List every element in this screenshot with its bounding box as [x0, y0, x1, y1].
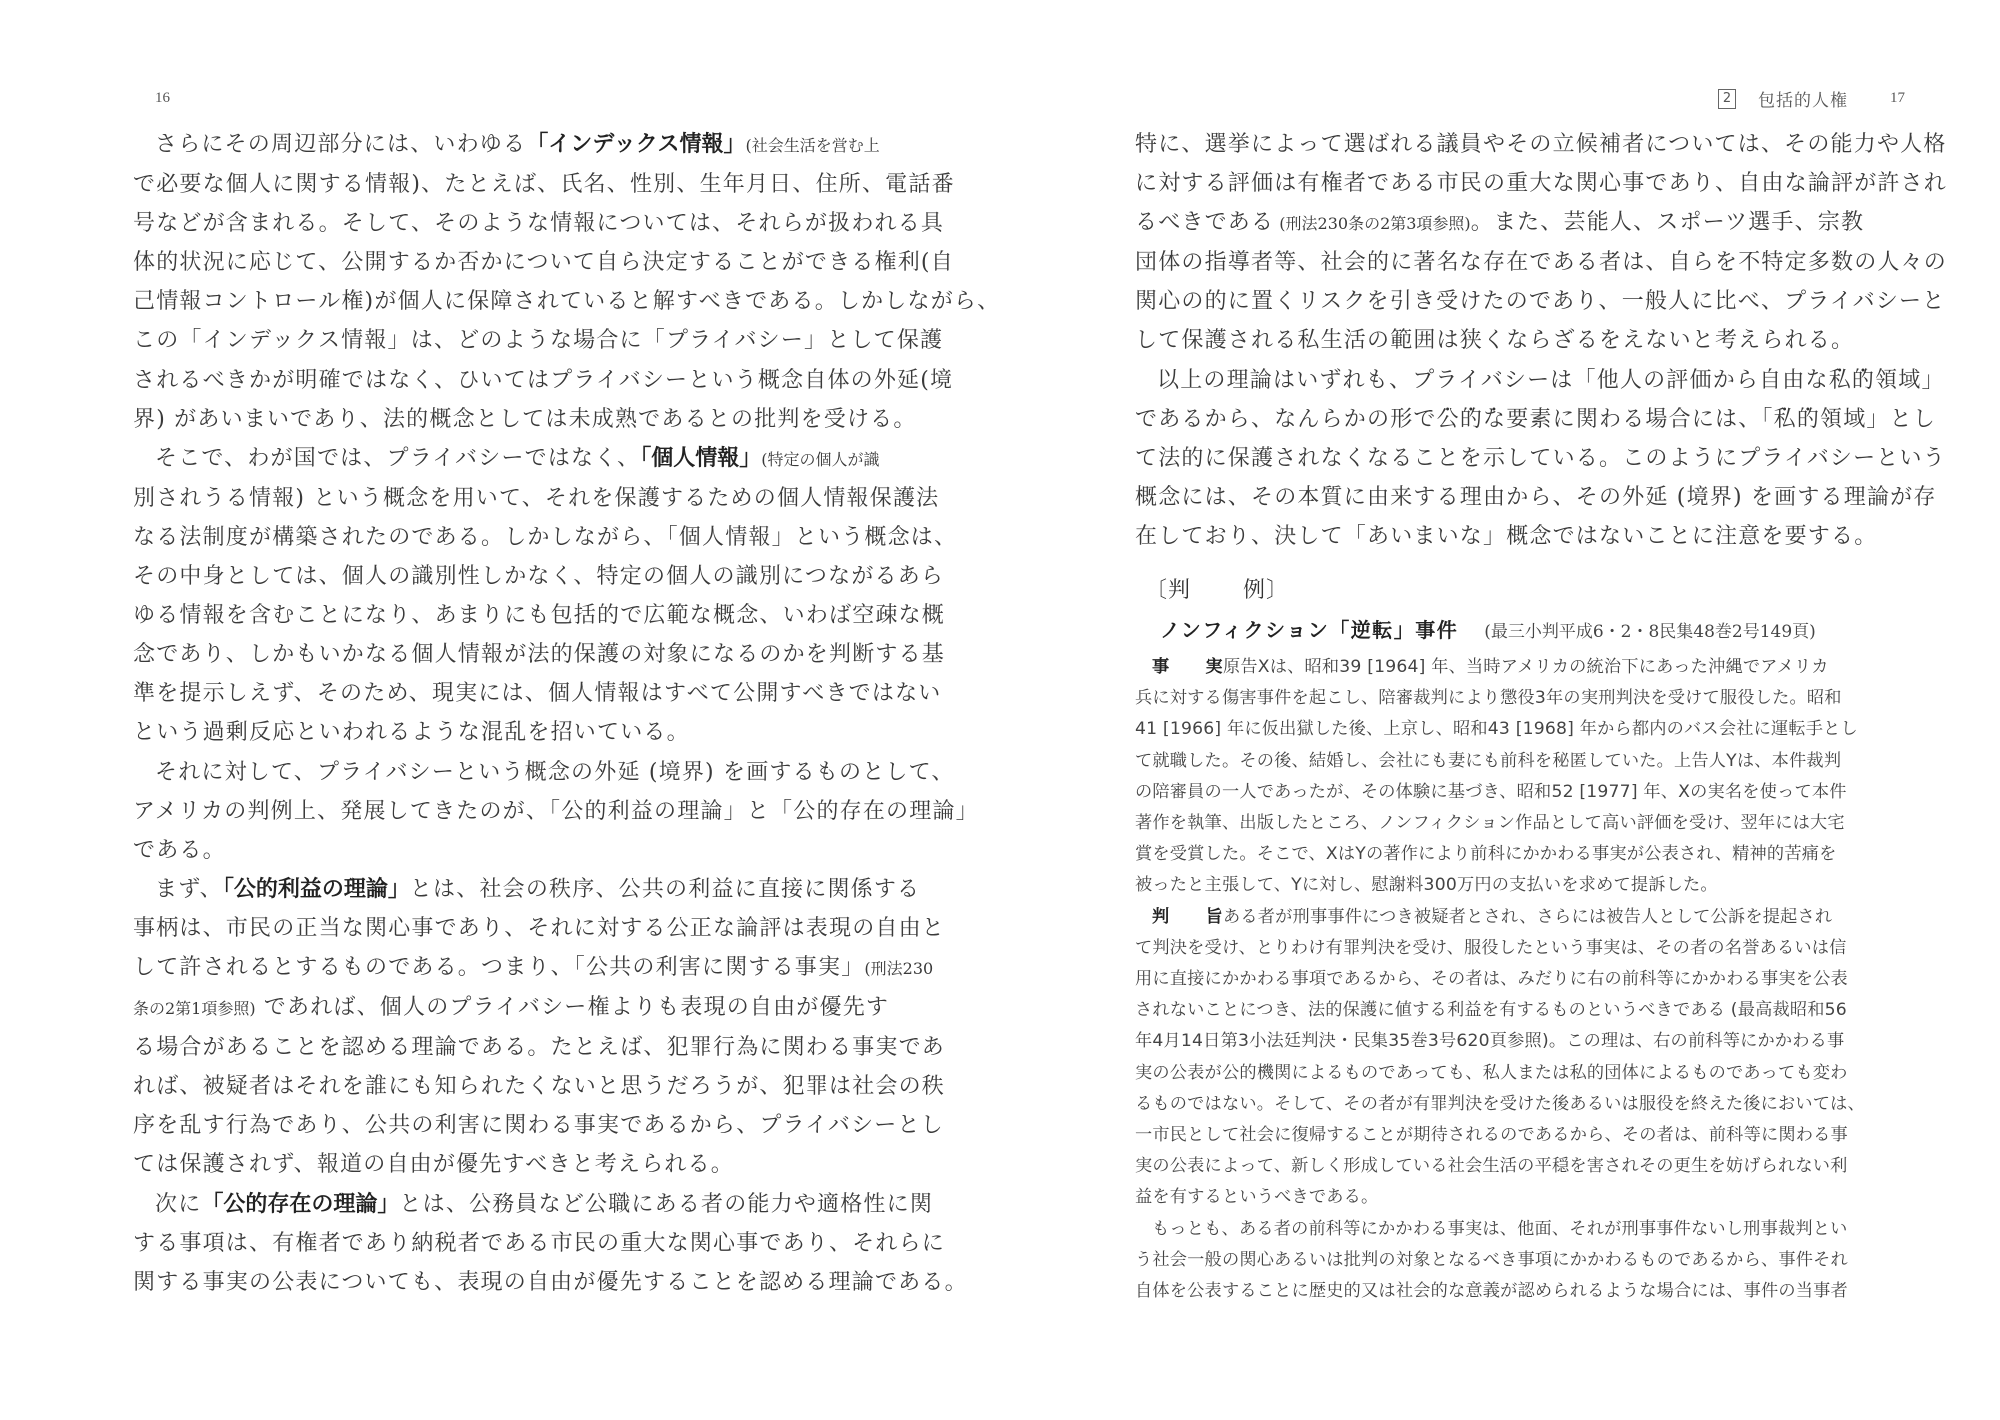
text-run: 年4月14日第3小法廷判決・民集35巻3号620頁参照)。この理は、右の前科等に…	[1135, 1031, 1844, 1051]
text-line: 号などが含まれる。そして、そのような情報については、それらが扱われる具	[133, 204, 923, 243]
chapter-number-box: 2	[1718, 89, 1736, 109]
text-run: 。また、芸能人、スポーツ選手、宗教	[1471, 210, 1865, 235]
text-run: 概念には、その本質に由来する理由から、その外延 (境界) を画する理論が存	[1135, 485, 1937, 510]
text-run: なる法制度が構築されたのである。しかしながら、「個人情報」という概念は、	[133, 525, 957, 550]
text-line: に対する評価は有権者である市民の重大な関心事であり、自由な論評が許され	[1135, 164, 1925, 203]
text-run: それに対して、プライバシーという概念の外延 (境界) を画するものとして、	[155, 760, 955, 785]
text-line: して保護される私生活の範囲は狭くならざるをえないと考えられる。	[1135, 321, 1925, 360]
emphasis-char: 的	[1852, 368, 1875, 393]
section-label: 事実	[1135, 652, 1223, 683]
section-label-char: 判	[1152, 907, 1169, 927]
running-head: 2 包括的人権 17	[1718, 86, 1905, 111]
holding-line: 一市民として社会に復帰することが期待されるのであるから、その者は、前科等に関わる…	[1135, 1120, 1965, 1151]
text-run: 関心の的に置くリスクを引き受けたのであり、一般人に比べ、プライバシーと	[1135, 289, 1945, 314]
text-run: る場合があることを認める理論である。たとえば、犯罪行為に関わる事実であ	[133, 1035, 945, 1060]
holding-line: て判決を受け、とりわけ有罪判決を受け、服役したという事実は、その者の名誉あるいは…	[1135, 933, 1965, 964]
emphasis-char: 的	[1460, 407, 1483, 432]
precedent-heading-close: 例〕	[1243, 578, 1289, 603]
emphasis-dotted: 私的	[1829, 368, 1875, 393]
text-line: 序を乱す行為であり、公共の利害に関わる事実であるから、プライバシーとし	[133, 1106, 923, 1145]
emphasis-char: 私	[1829, 368, 1852, 393]
text-line: ては保護されず、報道の自由が優先すべきと考えられる。	[133, 1145, 923, 1184]
holding-line: されないことにつき、法的保護に値する利益を有するものというべきである (最高裁昭…	[1135, 995, 1965, 1026]
text-run: るものではない。そして、その者が有罪判決を受けた後あるいは服役を終えた後において…	[1135, 1094, 1865, 1114]
text-run: 体的状況に応じて、公開するか否かについて自ら決定することができる権利(自	[133, 250, 954, 275]
text-run: もっとも、ある者の前科等にかかわる事実は、他面、それが刑事事件ないし刑事裁判とい	[1152, 1219, 1848, 1239]
text-run: して許されるとするものである。つまり、「公共の利害に関する事実」	[133, 955, 864, 980]
text-run: 益を有するというべきである。	[1135, 1187, 1378, 1207]
facts-line: の陪審員の一人であったが、その体験に基づき、昭和52 [1977] 年、Xの実名…	[1135, 777, 1965, 808]
facts-line: て就職した。その後、結婚し、会社にも妻にも前科を秘匿していた。上告人Yは、本件裁…	[1135, 746, 1965, 777]
text-line: する事項は、有権者であり納税者である市民の重大な関心事であり、それらに	[133, 1224, 923, 1263]
text-run: 別されうる情報) という概念を用いて、それを保護するための個人情報保護法	[133, 486, 939, 511]
text-line: この「インデックス情報」は、どのような場合に「プライバシー」として保護	[133, 321, 923, 360]
page-number: 17	[1890, 90, 1905, 107]
text-line: まず、「公的利益の理論」とは、社会の秩序、公共の利益に直接に関係する	[133, 870, 923, 909]
facts-line: 賞を受賞した。そこで、XはYの著作により前科にかかわる事実が公表され、精神的苦痛…	[1135, 839, 1965, 870]
text-line: それに対して、プライバシーという概念の外延 (境界) を画するものとして、	[133, 753, 923, 792]
text-line: る場合があることを認める理論である。たとえば、犯罪行為に関わる事実であ	[133, 1028, 923, 1067]
holding-line: 判旨ある者が刑事事件につき被疑者とされ、さらには被告人として公訴を提起され	[1135, 902, 1965, 933]
text-run: 41 [1966] 年に仮出獄した後、上京し、昭和43 [1968] 年から都内…	[1135, 719, 1858, 739]
facts-line: 著作を執筆、出版したところ、ノンフィクション作品として高い評価を受け、翌年には大…	[1135, 808, 1965, 839]
text-run: 界) があいまいであり、法的概念としては未成熟であるとの批判を受ける。	[133, 407, 917, 432]
text-line: 別されうる情報) という概念を用いて、それを保護するための個人情報保護法	[133, 479, 923, 518]
left-page: 16 さらにその周辺部分には、いわゆる「インデックス情報」(社会生活を営む上で必…	[0, 0, 1000, 1420]
text-line: て法的に保護されなくなることを示している。このようにプライバシーという	[1135, 439, 1925, 478]
text-line: で必要な個人に関する情報)、たとえば、氏名、性別、生年月日、住所、電話番	[133, 165, 923, 204]
text-run: ある者が刑事事件につき被疑者とされ、さらには被告人として公訴を提起され	[1223, 907, 1832, 927]
text-run: アメリカの判例上、発展してきたのが、「公的利益の理論」と「公的存在の理論」	[133, 799, 979, 824]
text-run: ては保護されず、報道の自由が優先すべきと考えられる。	[133, 1152, 734, 1177]
text-line: されるべきかが明確ではなく、ひいてはプライバシーという概念自体の外延(境	[133, 361, 923, 400]
text-line: 己情報コントロール権)が個人に保障されていると解すべきである。しかしながら、	[133, 282, 923, 321]
citation-text: 条の2第1項参照)	[133, 999, 256, 1018]
text-line: そこで、わが国では、プライバシーではなく、「個人情報」(特定の個人が識	[133, 439, 923, 479]
keyword-term: 「公的存在の理論」	[201, 1192, 399, 1217]
text-line: である。	[133, 831, 923, 870]
text-run: であるから、なんらかの形で	[1135, 407, 1437, 432]
text-run: の陪審員の一人であったが、その体験に基づき、昭和52 [1977] 年、Xの実名…	[1135, 782, 1847, 802]
text-run: れば、被疑者はそれを誰にも知られたくないと思うだろうが、犯罪は社会の秩	[133, 1074, 945, 1099]
left-body-text: さらにその周辺部分には、いわゆる「インデックス情報」(社会生活を営む上で必要な個…	[133, 125, 923, 1302]
text-run: て法的に保護されなくなることを示している。このようにプライバシーという	[1135, 446, 1946, 471]
text-run: 念であり、しかもいかなる個人情報が法的保護の対象になるのかを判断する基	[133, 642, 945, 667]
text-line: 団体の指導者等、社会的に著名な存在である者は、自らを不特定多数の人々の	[1135, 243, 1925, 282]
text-run: とは、社会の秩序、公共の利益に直接に関係する	[410, 877, 920, 902]
text-run: 賞を受賞した。そこで、XはYの著作により前科にかかわる事実が公表され、精神的苦痛…	[1135, 844, 1836, 864]
case-title: ノンフィクション「逆転」事件	[1160, 618, 1458, 642]
text-line: 界) があいまいであり、法的概念としては未成熟であるとの批判を受ける。	[133, 400, 923, 439]
text-run: 関する事実の公表についても、表現の自由が優先することを認める理論である。	[133, 1270, 968, 1295]
text-run: 事柄は、市民の正当な関心事であり、それに対する公正な論評は表現の自由と	[133, 916, 945, 941]
keyword-term: 「個人情報」	[640, 446, 761, 471]
text-run: その中身としては、個人の識別性しかなく、特定の個人の識別につながるあら	[133, 564, 944, 589]
text-run: この「インデックス情報」は、どのような場合に「プライバシー」として保護	[133, 328, 943, 353]
holding-line: 用に直接にかかわる事項であるから、その者は、みだりに右の前科等にかかわる事実を公…	[1135, 964, 1965, 995]
text-run: 特に、選挙によって選ばれる議員やその立候補者については、その能力や人格	[1135, 132, 1947, 157]
emphasis-char: 的	[1797, 407, 1820, 432]
citation-text: (刑法230条の2第3項参照)	[1274, 214, 1470, 233]
section-label-char: 事	[1152, 657, 1169, 677]
text-run: て判決を受け、とりわけ有罪判決を受け、服役したという事実は、その者の名誉あるいは…	[1135, 938, 1847, 958]
text-run: て就職した。その後、結婚し、会社にも妻にも前科を秘匿していた。上告人Yは、本件裁…	[1135, 751, 1841, 771]
text-line: して許されるとするものである。つまり、「公共の利害に関する事実」(刑法230	[133, 948, 923, 988]
text-run: 以上の理論はいずれも、プライバシーは「他人の評価から自由な	[1157, 368, 1829, 393]
citation-text: (社会生活を営む上	[746, 136, 880, 155]
text-line: 特に、選挙によって選ばれる議員やその立候補者については、その能力や人格	[1135, 125, 1925, 164]
section-label-char: 旨	[1205, 907, 1222, 927]
holding-continuation-line: う社会一般の関心あるいは批判の対象となるべき事項にかかわるものであるから、事件そ…	[1135, 1245, 1965, 1276]
keyword-term: 「インデックス情報」	[526, 132, 745, 157]
text-line: 念であり、しかもいかなる個人情報が法的保護の対象になるのかを判断する基	[133, 635, 923, 674]
precedent-heading-open: 〔判	[1145, 578, 1191, 603]
text-line: れば、被疑者はそれを誰にも知られたくないと思うだろうが、犯罪は社会の秩	[133, 1067, 923, 1106]
facts-line: 事実原告Xは、昭和39 [1964] 年、当時アメリカの統治下にあった沖縄でアメ…	[1135, 652, 1965, 683]
text-line: さらにその周辺部分には、いわゆる「インデックス情報」(社会生活を営む上	[133, 125, 923, 165]
text-run: そこで、わが国では、プライバシーではなく、	[155, 446, 640, 471]
text-run: 著作を執筆、出版したところ、ノンフィクション作品として高い評価を受け、翌年には大…	[1135, 813, 1845, 833]
text-run: という過剰反応といわれるような混乱を招いている。	[133, 720, 690, 745]
facts-line: 被ったと主張して、Yに対し、慰謝料300万円の支払いを求めて提訴した。	[1135, 870, 1965, 901]
text-run: であれば、個人のプライバシー権よりも表現の自由が優先す	[256, 995, 890, 1020]
holding-continuation-line: 自体を公表することに歴史的又は社会的な意義が認められるような場合には、事件の当事…	[1135, 1276, 1965, 1307]
text-run: 兵に対する傷害事件を起こし、陪審裁判により懲役3年の実刑判決を受けて服役した。昭…	[1135, 688, 1842, 708]
text-run: ゆる情報を含むことになり、あまりにも包括的で広範な概念、いわば空疎な概	[133, 603, 945, 628]
text-run: されるべきかが明確ではなく、ひいてはプライバシーという概念自体の外延(境	[133, 368, 953, 393]
emphasis-char: 私	[1774, 407, 1797, 432]
section-label-char: 実	[1205, 657, 1222, 677]
section-label: 判旨	[1135, 902, 1223, 933]
text-run: さらにその周辺部分には、いわゆる	[155, 132, 526, 157]
text-run: 準を提示しえず、そのため、現実には、個人情報はすべて公開すべきではない	[133, 681, 941, 706]
text-line: 関心の的に置くリスクを引き受けたのであり、一般人に比べ、プライバシーと	[1135, 282, 1925, 321]
text-run: 団体の指導者等、社会的に著名な存在である者は、自らを不特定多数の人々の	[1135, 250, 1947, 275]
text-run: 領域」とし	[1820, 407, 1936, 432]
case-citation: (最三小判平成6・2・8民集48巻2号149頁)	[1484, 622, 1816, 642]
text-run: 要素に関わる場合には、「	[1506, 407, 1773, 432]
text-line: であるから、なんらかの形で公的な要素に関わる場合には、「私的領域」とし	[1135, 400, 1925, 439]
text-run: るべきである	[1135, 210, 1274, 235]
holding-continuation-line: もっとも、ある者の前科等にかかわる事実は、他面、それが刑事事件ないし刑事裁判とい	[1135, 1214, 1965, 1245]
text-line: 準を提示しえず、そのため、現実には、個人情報はすべて公開すべきではない	[133, 674, 923, 713]
text-line: 関する事実の公表についても、表現の自由が優先することを認める理論である。	[133, 1263, 923, 1302]
text-run: 己情報コントロール権)が個人に保障されていると解すべきである。しかしながら、	[133, 289, 1000, 314]
text-run: 被ったと主張して、Yに対し、慰謝料300万円の支払いを求めて提訴した。	[1135, 875, 1718, 895]
text-line: アメリカの判例上、発展してきたのが、「公的利益の理論」と「公的存在の理論」	[133, 792, 923, 831]
text-run: 領域」	[1875, 368, 1945, 393]
citation-text: (特定の個人が識	[761, 450, 879, 469]
text-run: されないことにつき、法的保護に値する利益を有するものというべきである (最高裁昭…	[1135, 1000, 1847, 1020]
text-run: 序を乱す行為であり、公共の利害に関わる事実であるから、プライバシーとし	[133, 1113, 944, 1138]
text-run: である。	[133, 838, 226, 863]
text-run: 自体を公表することに歴史的又は社会的な意義が認められるような場合には、事件の当事…	[1135, 1281, 1848, 1301]
precedent-heading: 〔判例〕	[1145, 573, 1289, 604]
facts-line: 41 [1966] 年に仮出獄した後、上京し、昭和43 [1968] 年から都内…	[1135, 714, 1965, 745]
holding-line: 実の公表によって、新しく形成している社会生活の平穏を害されその更生を妨げられない…	[1135, 1151, 1965, 1182]
text-line: ゆる情報を含むことになり、あまりにも包括的で広範な概念、いわば空疎な概	[133, 596, 923, 635]
holding-line: 益を有するというべきである。	[1135, 1182, 1965, 1213]
keyword-term: 「公的利益の理論」	[223, 877, 410, 902]
holding-line: 実の公表が公的機関によるものであっても、私人または私的団体によるものであっても変…	[1135, 1058, 1965, 1089]
text-run: 次に	[155, 1192, 201, 1217]
chapter-title: 包括的人権	[1758, 86, 1848, 111]
text-line: 次に「公的存在の理論」とは、公務員など公職にある者の能力や適格性に関	[133, 1185, 923, 1224]
citation-text: (刑法230	[864, 959, 933, 978]
holding-line: 年4月14日第3小法廷判決・民集35巻3号620頁参照)。この理は、右の前科等に…	[1135, 1026, 1965, 1057]
text-line: 体的状況に応じて、公開するか否かについて自ら決定することができる権利(自	[133, 243, 923, 282]
case-body: 事実原告Xは、昭和39 [1964] 年、当時アメリカの統治下にあった沖縄でアメ…	[1135, 652, 1965, 1307]
emphasis-char: な	[1483, 407, 1506, 432]
text-line: その中身としては、個人の識別性しかなく、特定の個人の識別につながるあら	[133, 557, 923, 596]
text-run: で必要な個人に関する情報)、たとえば、氏名、性別、生年月日、住所、電話番	[133, 172, 955, 197]
text-line: 事柄は、市民の正当な関心事であり、それに対する公正な論評は表現の自由と	[133, 909, 923, 948]
page-number: 16	[155, 90, 170, 107]
text-line: 条の2第1項参照) であれば、個人のプライバシー権よりも表現の自由が優先す	[133, 988, 923, 1028]
emphasis-dotted: 公的な	[1437, 407, 1507, 432]
text-run: 実の公表が公的機関によるものであっても、私人または私的団体によるものであっても変…	[1135, 1063, 1848, 1083]
holding-line: るものではない。そして、その者が有罪判決を受けた後あるいは服役を終えた後において…	[1135, 1089, 1965, 1120]
text-run: 号などが含まれる。そして、そのような情報については、それらが扱われる具	[133, 211, 944, 236]
text-run: に対する評価は有権者である市民の重大な関心事であり、自由な論評が許され	[1135, 171, 1947, 196]
text-run: して保護される私生活の範囲は狭くならざるをえないと考えられる。	[1135, 328, 1854, 353]
text-run: 原告Xは、昭和39 [1964] 年、当時アメリカの統治下にあった沖縄でアメリカ	[1223, 657, 1829, 677]
text-run: 一市民として社会に復帰することが期待されるのであるから、その者は、前科等に関わる…	[1135, 1125, 1848, 1145]
text-line: 概念には、その本質に由来する理由から、その外延 (境界) を画する理論が存	[1135, 478, 1925, 517]
right-body-text: 特に、選挙によって選ばれる議員やその立候補者については、その能力や人格に対する評…	[1135, 125, 1925, 556]
text-line: なる法制度が構築されたのである。しかしながら、「個人情報」という概念は、	[133, 518, 923, 557]
case-title-line: ノンフィクション「逆転」事件(最三小判平成6・2・8民集48巻2号149頁)	[1160, 614, 1816, 643]
text-run: 実の公表によって、新しく形成している社会生活の平穏を害されその更生を妨げられない…	[1135, 1156, 1848, 1176]
text-line: るべきである (刑法230条の2第3項参照)。また、芸能人、スポーツ選手、宗教	[1135, 203, 1925, 243]
emphasis-char: 公	[1437, 407, 1460, 432]
text-line: 在しており、決して「あいまいな」概念ではないことに注意を要する。	[1135, 517, 1925, 556]
emphasis-dotted: 私的	[1774, 407, 1820, 432]
text-run: とは、公務員など公職にある者の能力や適格性に関	[399, 1192, 933, 1217]
text-run: 用に直接にかかわる事項であるから、その者は、みだりに右の前科等にかかわる事実を公…	[1135, 969, 1848, 989]
text-run: まず、	[155, 877, 223, 902]
text-run: う社会一般の関心あるいは批判の対象となるべき事項にかかわるものであるから、事件そ…	[1135, 1250, 1848, 1270]
text-line: という過剰反応といわれるような混乱を招いている。	[133, 713, 923, 752]
text-run: 在しており、決して「あいまいな」概念ではないことに注意を要する。	[1135, 524, 1877, 549]
facts-line: 兵に対する傷害事件を起こし、陪審裁判により懲役3年の実刑判決を受けて服役した。昭…	[1135, 683, 1965, 714]
text-run: する事項は、有権者であり納税者である市民の重大な関心事であり、それらに	[133, 1231, 945, 1256]
